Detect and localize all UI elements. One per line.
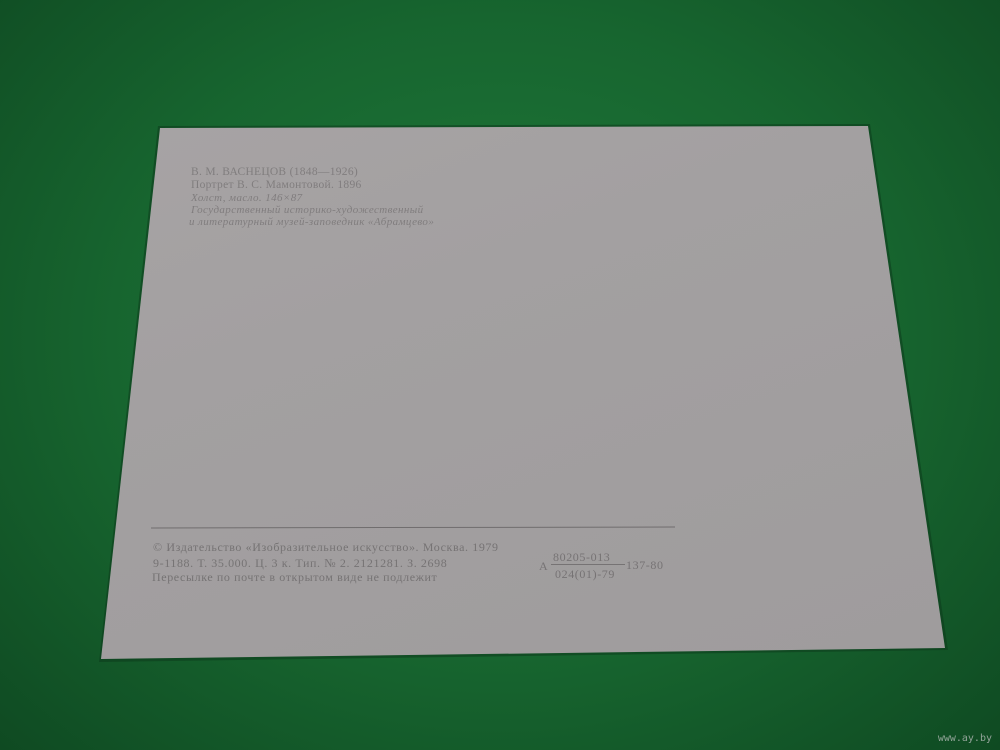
publisher-line: © Издательство «Изобразительное искусств… bbox=[153, 541, 499, 553]
artist-name: В. М. ВАСНЕЦОВ (1848—1926) bbox=[191, 167, 358, 179]
artwork-medium: Холст, масло. 146×87 bbox=[191, 193, 303, 204]
artwork-title: Портрет В. С. Мамонтовой. 1896 bbox=[191, 180, 362, 192]
index-numerator: 80205-013 bbox=[553, 551, 610, 563]
postcard-back bbox=[0, 0, 1000, 750]
index-letter: А bbox=[539, 560, 548, 572]
index-suffix: 137-80 bbox=[626, 559, 664, 571]
watermark: www.ay.by bbox=[938, 733, 992, 744]
index-fraction-line bbox=[551, 564, 625, 565]
print-info-line: 9-1188. Т. 35.000. Ц. 3 к. Тип. № 2. 212… bbox=[153, 557, 447, 569]
museum-line-1: Государственный историко-художественный bbox=[191, 205, 424, 216]
index-denominator: 024(01)-79 bbox=[555, 568, 615, 580]
postal-note: Пересылке по почте в открытом виде не по… bbox=[152, 571, 437, 583]
museum-line-2: и литературный музей-заповедник «Абрамце… bbox=[189, 217, 434, 228]
